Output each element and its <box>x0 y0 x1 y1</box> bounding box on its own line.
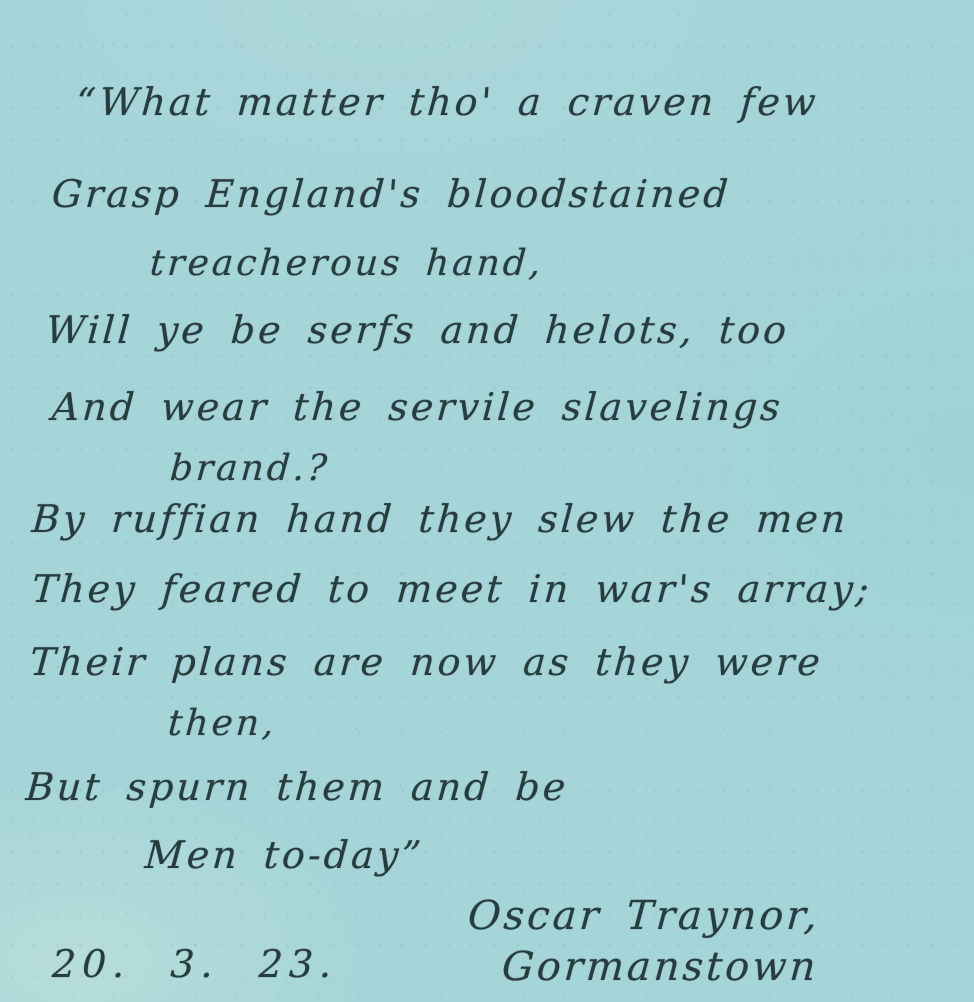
signature-place: Gormanstown <box>500 944 820 990</box>
poem-line: Will ye be serfs and helots, too <box>44 308 790 352</box>
poem-line: Their plans are now as they were <box>28 640 824 684</box>
poem-line: But spurn them and be <box>24 765 570 809</box>
poem-line: And wear the servile slavelings <box>50 385 784 429</box>
poem-line: treacherous hand, <box>149 243 545 284</box>
poem-line: “What matter tho' a craven few <box>74 80 820 124</box>
poem-line: brand.? <box>169 448 332 489</box>
signature-name: Oscar Traynor, <box>466 893 821 939</box>
poem-line: They feared to meet in war's array; <box>30 567 873 611</box>
poem-line: Men to-day” <box>143 833 425 877</box>
date: 20. 3. 23. <box>51 942 338 986</box>
poem-line: By ruffian hand they slew the men <box>30 497 850 541</box>
scanned-page: “What matter tho' a craven few Grasp Eng… <box>0 0 974 1002</box>
poem-line: then, <box>167 703 278 744</box>
poem-line: Grasp England's bloodstained <box>50 172 732 216</box>
